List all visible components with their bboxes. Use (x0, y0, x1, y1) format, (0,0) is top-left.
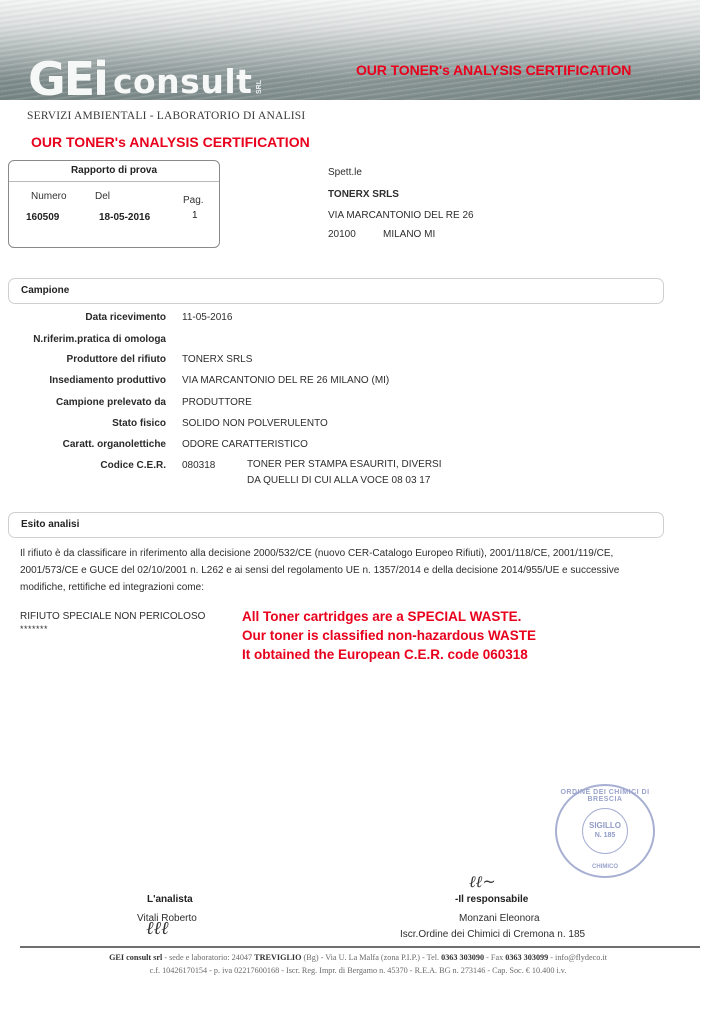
waste-note-line: It obtained the European C.E.R. code 060… (242, 645, 536, 664)
field-value: PRODUTTORE (182, 397, 252, 408)
analyst-title: L'analista (147, 894, 193, 905)
banner-title: OUR TONER's ANALYSIS CERTIFICATION (356, 62, 631, 78)
footer-divider (20, 946, 700, 948)
stamp-ring-text: ORDINE DEI CHIMICI DI BRESCIA (557, 789, 653, 803)
logo-wordmark: consult (113, 62, 252, 102)
cer-description-line1: TONER PER STAMPA ESAURITI, DIVERSI (247, 457, 441, 473)
responsible-signature: ℓℓ~ (469, 872, 496, 892)
section-header-result: Esito analisi (8, 512, 664, 538)
footer-text: - Fax (484, 953, 505, 962)
report-date: 18-05-2016 (99, 212, 150, 223)
field-label: Campione prelevato da (56, 397, 166, 408)
field-value: SOLIDO NON POLVERULENTO (182, 418, 328, 429)
report-number: 160509 (26, 212, 59, 223)
field-value: TONERX SRLS (182, 354, 252, 365)
field-label: Codice C.E.R. (100, 460, 166, 471)
footer-company: GEI consult srl (109, 953, 162, 962)
responsible-name: Monzani Eleonora (459, 913, 540, 924)
stamp-center-text: SIGILLO (583, 821, 627, 830)
recipient-postcode: 20100 (328, 229, 356, 240)
section-title-result: Esito analisi (21, 519, 79, 530)
report-info-box: Rapporto di prova Numero Del Pag. 160509… (8, 160, 220, 248)
company-logo: GEi consult SRL (28, 52, 263, 102)
cer-code: 080318 (182, 460, 215, 471)
waste-classification: RIFIUTO SPECIALE NON PERICOLOSO (20, 611, 205, 622)
analyst-signature: ℓℓℓ (146, 918, 169, 939)
footer-city: TREVIGLIO (254, 953, 301, 962)
footer-email: - info@flydeco.it (548, 953, 607, 962)
recipient-salutation: Spett.le (328, 167, 362, 178)
certification-title: OUR TONER's ANALYSIS CERTIFICATION (31, 134, 310, 150)
responsible-title: -Il responsabile (455, 894, 528, 905)
company-tagline: SERVIZI AMBIENTALI - LABORATORIO DI ANAL… (27, 110, 305, 122)
logo-suffix: SRL (256, 80, 263, 94)
official-seal-stamp: ORDINE DEI CHIMICI DI BRESCIA SIGILLO N.… (555, 784, 655, 878)
field-label: Insediamento produttivo (49, 375, 166, 386)
result-paragraph: Il rifiuto è da classificare in riferime… (20, 545, 640, 596)
stamp-number: N. 185 (583, 832, 627, 839)
classification-stars: ******* (20, 624, 48, 634)
section-header-sample: Campione (8, 278, 664, 304)
field-label: Data ricevimento (85, 312, 166, 323)
cer-description-line2: DA QUELLI DI CUI ALLA VOCE 08 03 17 (247, 473, 430, 489)
report-number-label: Numero (31, 191, 67, 202)
field-label: Stato fisico (112, 418, 166, 429)
recipient-street: VIA MARCANTONIO DEL RE 26 (328, 210, 474, 221)
report-page-label: Pag. (183, 195, 204, 206)
responsible-registration: Iscr.Ordine dei Chimici di Cremona n. 18… (400, 929, 585, 940)
field-value: 11-05-2016 (182, 312, 232, 323)
report-date-label: Del (95, 191, 110, 202)
waste-note: All Toner cartridges are a SPECIAL WASTE… (242, 607, 536, 664)
footer-tel: 0363 303090 (441, 953, 484, 962)
recipient-name: TONERX SRLS (328, 189, 399, 200)
footer-line-2: c.f. 10426170154 - p. iva 02217600168 - … (0, 966, 716, 975)
report-box-title: Rapporto di prova (9, 161, 219, 182)
recipient-city: MILANO MI (383, 229, 435, 240)
footer-line-1: GEI consult srl - sede e laboratorio: 24… (0, 953, 716, 962)
field-value: ODORE CARATTERISTICO (182, 439, 308, 450)
stamp-ring-bottom: CHIMICO (557, 864, 653, 870)
logo-mark: GEi (28, 56, 107, 102)
footer-fax: 0363 303099 (505, 953, 548, 962)
footer-text: - sede e laboratorio: 24047 (162, 953, 254, 962)
section-title-sample: Campione (21, 285, 69, 296)
field-label: Caratt. organolettiche (63, 439, 166, 450)
footer-text: (Bg) - Via U. La Malfa (zona P.I.P.) - T… (301, 953, 441, 962)
stamp-inner-circle: SIGILLO N. 185 (582, 808, 628, 854)
field-label: Produttore del rifiuto (67, 354, 166, 365)
waste-note-line: All Toner cartridges are a SPECIAL WASTE… (242, 607, 536, 626)
waste-note-line: Our toner is classified non-hazardous WA… (242, 626, 536, 645)
field-value: VIA MARCANTONIO DEL RE 26 MILANO (MI) (182, 375, 389, 386)
report-page: 1 (192, 210, 198, 221)
field-label: N.riferim.pratica di omologa (33, 334, 166, 345)
